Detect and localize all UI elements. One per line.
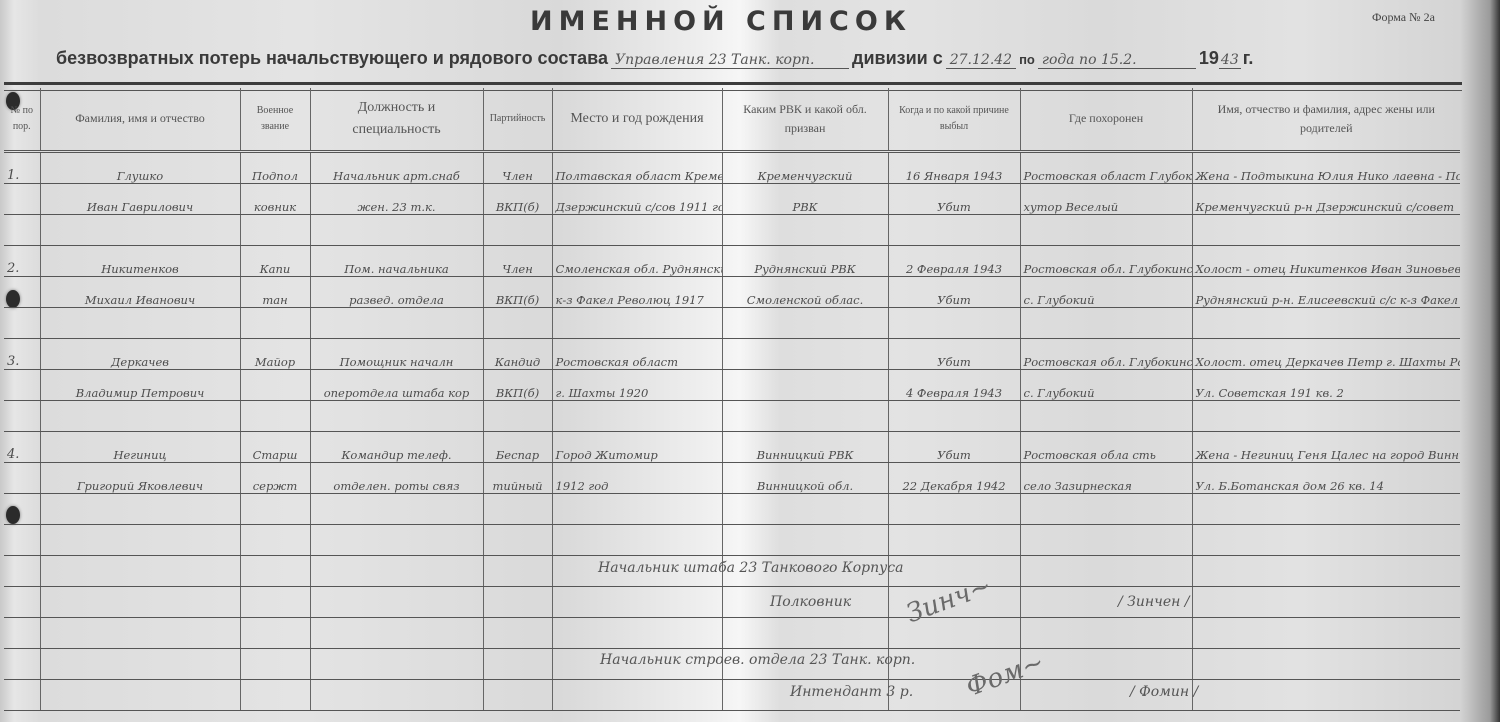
cell-dropout	[888, 401, 1020, 432]
cell-dropout	[888, 215, 1020, 246]
cell-party	[483, 401, 552, 432]
personnel-chief-rank: Интендант 3 р.	[790, 684, 913, 700]
cell-relatives: Холост - отец Никитенков Иван Зиновьевич…	[1192, 246, 1460, 277]
cell-rank	[240, 370, 310, 401]
cell-name	[40, 401, 240, 432]
cell-burial: Ростовская обл. Глубокинский р-н	[1020, 339, 1192, 370]
cell-rvk	[722, 401, 888, 432]
empty-cell	[1020, 556, 1192, 587]
empty-cell	[310, 618, 483, 649]
table-row	[4, 401, 1460, 432]
col-header-name: Фамилия, имя и отчество	[40, 88, 240, 152]
cell-dropout: 16 Января 1943	[888, 152, 1020, 184]
cell-relatives: Жена - Негиниц Геня Цалес на город Винни…	[1192, 432, 1460, 463]
cell-relatives: Кременчугский р-н Дзержинский с/совет	[1192, 184, 1460, 215]
empty-cell	[4, 525, 40, 556]
period-to-label: по	[1019, 52, 1035, 67]
cell-relatives: Жена - Подтыкина Юлия Нико лаевна - Полт…	[1192, 152, 1460, 184]
cell-burial	[1020, 494, 1192, 525]
empty-cell	[40, 618, 240, 649]
cell-relatives	[1192, 215, 1460, 246]
cell-dropout: Убит	[888, 184, 1020, 215]
cell-rank	[240, 401, 310, 432]
cell-dropout: 4 Февраля 1943	[888, 370, 1020, 401]
cell-party: тийный	[483, 463, 552, 494]
empty-cell	[4, 587, 40, 618]
cell-rank: ковник	[240, 184, 310, 215]
table-row: Григорий Яковлевичсержтотделен. роты свя…	[4, 463, 1460, 494]
cell-position: Помощник началн	[310, 339, 483, 370]
empty-cell	[240, 556, 310, 587]
table-row	[4, 308, 1460, 339]
empty-cell	[483, 525, 552, 556]
unit-field: Управления 23 Танк. корп.	[611, 52, 849, 69]
table-header-row: № по пор. Фамилия, имя и отчество Военно…	[4, 88, 1460, 152]
cell-rvk: Винницкой обл.	[722, 463, 888, 494]
cell-rank: сержт	[240, 463, 310, 494]
empty-cell	[722, 618, 888, 649]
empty-cell	[40, 525, 240, 556]
col-header-relatives: Имя, отчество и фамилия, адрес жены или …	[1192, 88, 1460, 152]
empty-cell	[1192, 618, 1460, 649]
cell-birthplace	[552, 494, 722, 525]
cell-position: развед. отдела	[310, 277, 483, 308]
cell-dropout: Убит	[888, 339, 1020, 370]
empty-cell	[4, 556, 40, 587]
cell-party	[483, 494, 552, 525]
cell-relatives: Ул. Советская 191 кв. 2	[1192, 370, 1460, 401]
cell-name: Михаил Иванович	[40, 277, 240, 308]
empty-cell	[483, 680, 552, 711]
col-header-rank: Военное звание	[240, 88, 310, 152]
year-field: 43	[1219, 52, 1241, 69]
row-number	[4, 277, 40, 308]
cell-name: Иван Гаврилович	[40, 184, 240, 215]
col-header-position: Должность и специальность	[310, 88, 483, 152]
cell-relatives	[1192, 401, 1460, 432]
empty-cell	[4, 680, 40, 711]
cell-dropout: 2 Февраля 1943	[888, 246, 1020, 277]
empty-cell	[483, 649, 552, 680]
empty-cell	[552, 680, 722, 711]
cell-position	[310, 401, 483, 432]
empty-cell	[722, 525, 888, 556]
cell-name: Негиниц	[40, 432, 240, 463]
cell-position: оперотдела штаба кор	[310, 370, 483, 401]
empty-cell	[4, 618, 40, 649]
cell-position: Пом. начальника	[310, 246, 483, 277]
cell-position: Командир телеф.	[310, 432, 483, 463]
table-row: 3.ДеркачевМайорПомощник началнКандидРост…	[4, 339, 1460, 370]
col-header-burial: Где похоронен	[1020, 88, 1192, 152]
cell-rank: тан	[240, 277, 310, 308]
cell-relatives: Холост. отец Деркачев Петр г. Шахты Рост…	[1192, 339, 1460, 370]
cell-rvk: Руднянский РВК	[722, 246, 888, 277]
cell-birthplace: Ростовская област	[552, 339, 722, 370]
empty-cell	[240, 618, 310, 649]
col-header-party: Партийность	[483, 88, 552, 152]
row-number: 1.	[4, 152, 40, 184]
row-number: 2.	[4, 246, 40, 277]
cell-birthplace: Смоленская обл. Руднянский р-н	[552, 246, 722, 277]
document-subtitle: безвозвратных потерь начальствующего и р…	[56, 48, 1253, 69]
empty-cell	[40, 556, 240, 587]
empty-cell	[240, 525, 310, 556]
cell-party	[483, 215, 552, 246]
cell-rank	[240, 494, 310, 525]
cell-party: ВКП(б)	[483, 370, 552, 401]
empty-cell	[310, 649, 483, 680]
loss-register-table: № по пор. Фамилия, имя и отчество Военно…	[4, 88, 1460, 711]
cell-birthplace	[552, 308, 722, 339]
cell-position	[310, 494, 483, 525]
empty-table-row	[4, 587, 1460, 618]
cell-party: Кандид	[483, 339, 552, 370]
cell-position: Начальник арт.снаб	[310, 152, 483, 184]
empty-cell	[310, 556, 483, 587]
document-title: ИМЕННОЙ СПИСОК	[530, 6, 912, 37]
empty-cell	[483, 556, 552, 587]
cell-birthplace: Город Житомир	[552, 432, 722, 463]
form-number: Форма № 2а	[1372, 10, 1435, 25]
empty-cell	[483, 587, 552, 618]
cell-rank: Капи	[240, 246, 310, 277]
cell-birthplace	[552, 215, 722, 246]
row-number	[4, 370, 40, 401]
empty-cell	[240, 587, 310, 618]
empty-cell	[40, 587, 240, 618]
row-number	[4, 401, 40, 432]
table-row: 2.НикитенковКапиПом. начальникаЧленСмоле…	[4, 246, 1460, 277]
cell-burial: с. Глубокий	[1020, 370, 1192, 401]
cell-relatives	[1192, 308, 1460, 339]
cell-birthplace: Дзержинский с/сов 1911 год	[552, 184, 722, 215]
col-header-number: № по пор.	[4, 88, 40, 152]
row-number	[4, 463, 40, 494]
cell-burial: с. Глубокий	[1020, 277, 1192, 308]
cell-name	[40, 215, 240, 246]
row-number	[4, 308, 40, 339]
empty-cell	[483, 618, 552, 649]
cell-dropout: 22 Декабря 1942	[888, 463, 1020, 494]
empty-cell	[310, 587, 483, 618]
col-header-birthplace: Место и год рождения	[552, 88, 722, 152]
cell-relatives: Ул. Б.Ботанская дом 26 кв. 14	[1192, 463, 1460, 494]
row-number: 4.	[4, 432, 40, 463]
empty-cell	[552, 618, 722, 649]
table-row	[4, 494, 1460, 525]
personnel-chief-name: / Фомин /	[1130, 684, 1198, 700]
empty-cell	[1192, 649, 1460, 680]
cell-rank: Старш	[240, 432, 310, 463]
cell-rvk	[722, 339, 888, 370]
empty-cell	[552, 525, 722, 556]
cell-name: Никитенков	[40, 246, 240, 277]
table-row: 1.ГлушкоПодполНачальник арт.снабЧленПолт…	[4, 152, 1460, 184]
table-row: Иван Гавриловичковникжен. 23 т.к.ВКП(б)Д…	[4, 184, 1460, 215]
col-header-dropout: Когда и по какой причине выбыл	[888, 88, 1020, 152]
cell-rank	[240, 308, 310, 339]
row-number: 3.	[4, 339, 40, 370]
empty-cell	[1020, 618, 1192, 649]
cell-rvk	[722, 215, 888, 246]
cell-birthplace: 1912 год	[552, 463, 722, 494]
cell-rvk: Винницкий РВК	[722, 432, 888, 463]
cell-rvk	[722, 370, 888, 401]
cell-rvk	[722, 494, 888, 525]
cell-birthplace: Полтавская област Кременчугский р-н	[552, 152, 722, 184]
cell-dropout	[888, 308, 1020, 339]
subtitle-division: дивизии с	[852, 48, 943, 69]
cell-party: Беспар	[483, 432, 552, 463]
cell-rank	[240, 215, 310, 246]
year-suffix: г.	[1243, 48, 1254, 69]
cell-relatives: Руднянский р-н. Елисеевский с/с к-з Факе…	[1192, 277, 1460, 308]
subtitle-prefix: безвозвратных потерь начальствующего и р…	[56, 48, 608, 69]
empty-table-row	[4, 618, 1460, 649]
cell-party: ВКП(б)	[483, 184, 552, 215]
empty-table-row	[4, 525, 1460, 556]
table-row: Владимир Петровичоперотдела штаба корВКП…	[4, 370, 1460, 401]
cell-dropout: Убит	[888, 277, 1020, 308]
cell-burial	[1020, 215, 1192, 246]
chief-of-staff-name: / Зинчен /	[1118, 594, 1190, 610]
cell-rank: Майор	[240, 339, 310, 370]
cell-name	[40, 494, 240, 525]
personnel-chief-line: Начальник строев. отдела 23 Танк. корп.	[600, 652, 915, 668]
cell-name: Глушко	[40, 152, 240, 184]
empty-cell	[1020, 525, 1192, 556]
period-from-field: 27.12.42	[946, 52, 1016, 69]
empty-cell	[1192, 680, 1460, 711]
cell-position: отделен. роты связ	[310, 463, 483, 494]
empty-cell	[4, 649, 40, 680]
chief-of-staff-line: Начальник штаба 23 Танкового Корпуса	[598, 560, 903, 576]
cell-burial: Ростовская област Глубокинский р-н	[1020, 152, 1192, 184]
cell-burial: село Зазирнеская	[1020, 463, 1192, 494]
cell-position	[310, 215, 483, 246]
row-number	[4, 184, 40, 215]
period-to-field: года по 15.2.	[1038, 52, 1196, 69]
empty-cell	[40, 649, 240, 680]
empty-cell	[888, 618, 1020, 649]
cell-party: ВКП(б)	[483, 277, 552, 308]
cell-dropout: Убит	[888, 432, 1020, 463]
empty-cell	[240, 680, 310, 711]
empty-cell	[310, 680, 483, 711]
year-prefix: 19	[1199, 48, 1219, 69]
cell-burial	[1020, 401, 1192, 432]
cell-rvk: Смоленской облас.	[722, 277, 888, 308]
cell-burial: хутор Веселый	[1020, 184, 1192, 215]
cell-birthplace: г. Шахты 1920	[552, 370, 722, 401]
cell-rvk: РВК	[722, 184, 888, 215]
row-number	[4, 215, 40, 246]
empty-cell	[552, 587, 722, 618]
empty-cell	[1192, 525, 1460, 556]
empty-cell	[240, 649, 310, 680]
empty-table-row	[4, 680, 1460, 711]
cell-birthplace	[552, 401, 722, 432]
cell-name: Деркачев	[40, 339, 240, 370]
cell-burial	[1020, 308, 1192, 339]
cell-rvk: Кременчугский	[722, 152, 888, 184]
cell-birthplace: к-з Факел Революц 1917	[552, 277, 722, 308]
table-row: 4.НегиницСтаршКомандир телеф.БеспарГород…	[4, 432, 1460, 463]
cell-name: Владимир Петрович	[40, 370, 240, 401]
cell-rank: Подпол	[240, 152, 310, 184]
cell-name	[40, 308, 240, 339]
cell-rvk	[722, 308, 888, 339]
row-number	[4, 494, 40, 525]
cell-party: Член	[483, 246, 552, 277]
cell-position	[310, 308, 483, 339]
cell-relatives	[1192, 494, 1460, 525]
cell-dropout	[888, 494, 1020, 525]
cell-party	[483, 308, 552, 339]
table-row: Михаил Ивановичтанразвед. отделаВКП(б)к-…	[4, 277, 1460, 308]
col-header-rvk: Каким РВК и какой обл. призван	[722, 88, 888, 152]
cell-party: Член	[483, 152, 552, 184]
cell-burial: Ростовская обла сть	[1020, 432, 1192, 463]
empty-cell	[1192, 587, 1460, 618]
table-row	[4, 215, 1460, 246]
empty-cell	[1192, 556, 1460, 587]
cell-burial: Ростовская обл. Глубокинск. р-н	[1020, 246, 1192, 277]
empty-cell	[310, 525, 483, 556]
empty-cell	[888, 525, 1020, 556]
cell-name: Григорий Яковлевич	[40, 463, 240, 494]
cell-position: жен. 23 т.к.	[310, 184, 483, 215]
chief-of-staff-rank: Полковник	[770, 594, 851, 610]
empty-cell	[40, 680, 240, 711]
